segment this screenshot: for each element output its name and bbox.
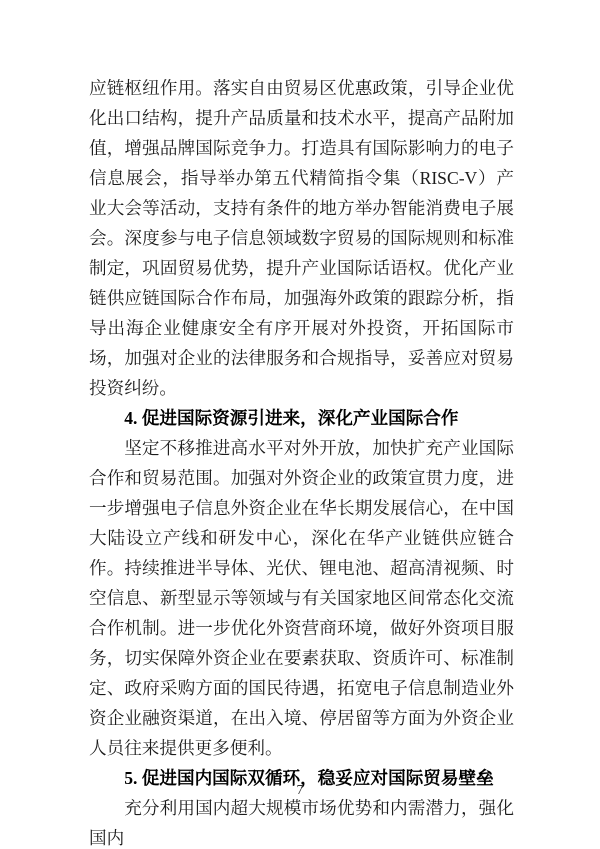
document-page: 应链枢纽作用。落实自由贸易区优惠政策，引导企业优化出口结构，提升产品质量和技术水… — [0, 0, 600, 849]
document-body: 应链枢纽作用。落实自由贸易区优惠政策，引导企业优化出口结构，提升产品质量和技术水… — [89, 73, 514, 849]
section-heading-4: 4. 促进国际资源引进来，深化产业国际合作 — [89, 403, 514, 433]
paragraph-section-4: 坚定不移推进高水平对外开放，加快扩充产业国际合作和贸易范围。加强对外资企业的政策… — [89, 433, 514, 763]
paragraph-continuation: 应链枢纽作用。落实自由贸易区优惠政策，引导企业优化出口结构，提升产品质量和技术水… — [89, 73, 514, 403]
page-number: 7 — [0, 781, 600, 801]
paragraph-section-5: 充分利用国内超大规模市场优势和内需潜力，强化国内 — [89, 793, 514, 849]
